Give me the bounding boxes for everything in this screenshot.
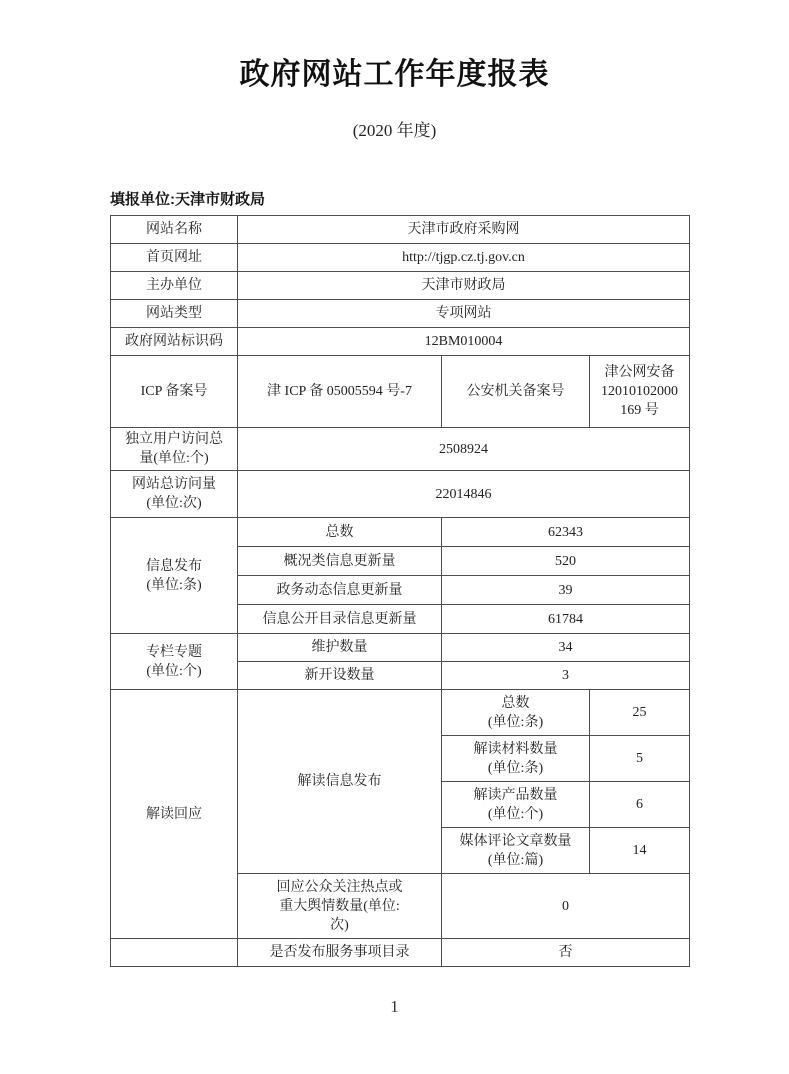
interpretation-row-label: 总数 (单位:条) — [442, 690, 590, 736]
total-visits-label: 网站总访问量 (单位:次) — [111, 471, 238, 518]
site-id-code-value: 12BM010004 — [238, 328, 690, 356]
interpretation-publish-label: 解读信息发布 — [238, 690, 442, 874]
icp-label: ICP 备案号 — [111, 356, 238, 428]
info-publish-row-label: 概况类信息更新量 — [238, 547, 442, 576]
page-subtitle: (2020 年度) — [0, 120, 789, 142]
unique-visitors-value: 2508924 — [238, 428, 690, 471]
hot-response-label: 回应公众关注热点或 重大舆情数量(单位: 次) — [238, 874, 442, 939]
info-publish-row-label: 信息公开目录信息更新量 — [238, 605, 442, 634]
police-record-value: 津公网安备 12010102000 169 号 — [590, 356, 690, 428]
interpretation-row-value: 5 — [590, 736, 690, 782]
total-visits-value: 22014846 — [238, 471, 690, 518]
info-publish-row-label: 总数 — [238, 518, 442, 547]
reporting-unit-label: 填报单位:天津市财政局 — [110, 191, 789, 208]
site-id-code-label: 政府网站标识码 — [111, 328, 238, 356]
hot-response-value: 0 — [442, 874, 690, 939]
service-catalog-label: 是否发布服务事项目录 — [238, 939, 442, 967]
site-type-label: 网站类型 — [111, 300, 238, 328]
organizer-label: 主办单位 — [111, 272, 238, 300]
interpretation-row-label: 解读材料数量 (单位:条) — [442, 736, 590, 782]
special-columns-row-value: 34 — [442, 634, 690, 662]
interpretation-row-value: 6 — [590, 782, 690, 828]
home-url-label: 首页网址 — [111, 244, 238, 272]
interpretation-row-value: 25 — [590, 690, 690, 736]
info-publish-row-value: 520 — [442, 547, 690, 576]
site-name-label: 网站名称 — [111, 216, 238, 244]
info-publish-row-value: 39 — [442, 576, 690, 605]
special-columns-row-label: 维护数量 — [238, 634, 442, 662]
empty-cell — [111, 939, 238, 967]
info-publish-label: 信息发布 (单位:条) — [111, 518, 238, 634]
page-title: 政府网站工作年度报表 — [0, 0, 789, 92]
interpretation-row-label: 媒体评论文章数量 (单位:篇) — [442, 828, 590, 874]
organizer-value: 天津市财政局 — [238, 272, 690, 300]
special-columns-row-value: 3 — [442, 662, 690, 690]
site-type-value: 专项网站 — [238, 300, 690, 328]
info-publish-row-value: 62343 — [442, 518, 690, 547]
icp-value: 津 ICP 备 05005594 号-7 — [238, 356, 442, 428]
service-catalog-value: 否 — [442, 939, 690, 967]
interpretation-row-value: 14 — [590, 828, 690, 874]
unique-visitors-label: 独立用户访问总 量(单位:个) — [111, 428, 238, 471]
page-number: 1 — [0, 997, 789, 1017]
site-name-value: 天津市政府采购网 — [238, 216, 690, 244]
special-columns-row-label: 新开设数量 — [238, 662, 442, 690]
special-columns-label: 专栏专题 (单位:个) — [111, 634, 238, 690]
document-page: 政府网站工作年度报表 (2020 年度) 填报单位:天津市财政局 网站名称 天津… — [0, 0, 789, 1074]
info-publish-row-value: 61784 — [442, 605, 690, 634]
interpretation-label: 解读回应 — [111, 690, 238, 939]
home-url-value: http://tjgp.cz.tj.gov.cn — [238, 244, 690, 272]
annual-report-table: 网站名称 天津市政府采购网 首页网址 http://tjgp.cz.tj.gov… — [110, 215, 690, 967]
info-publish-row-label: 政务动态信息更新量 — [238, 576, 442, 605]
police-record-label: 公安机关备案号 — [442, 356, 590, 428]
interpretation-row-label: 解读产品数量 (单位:个) — [442, 782, 590, 828]
